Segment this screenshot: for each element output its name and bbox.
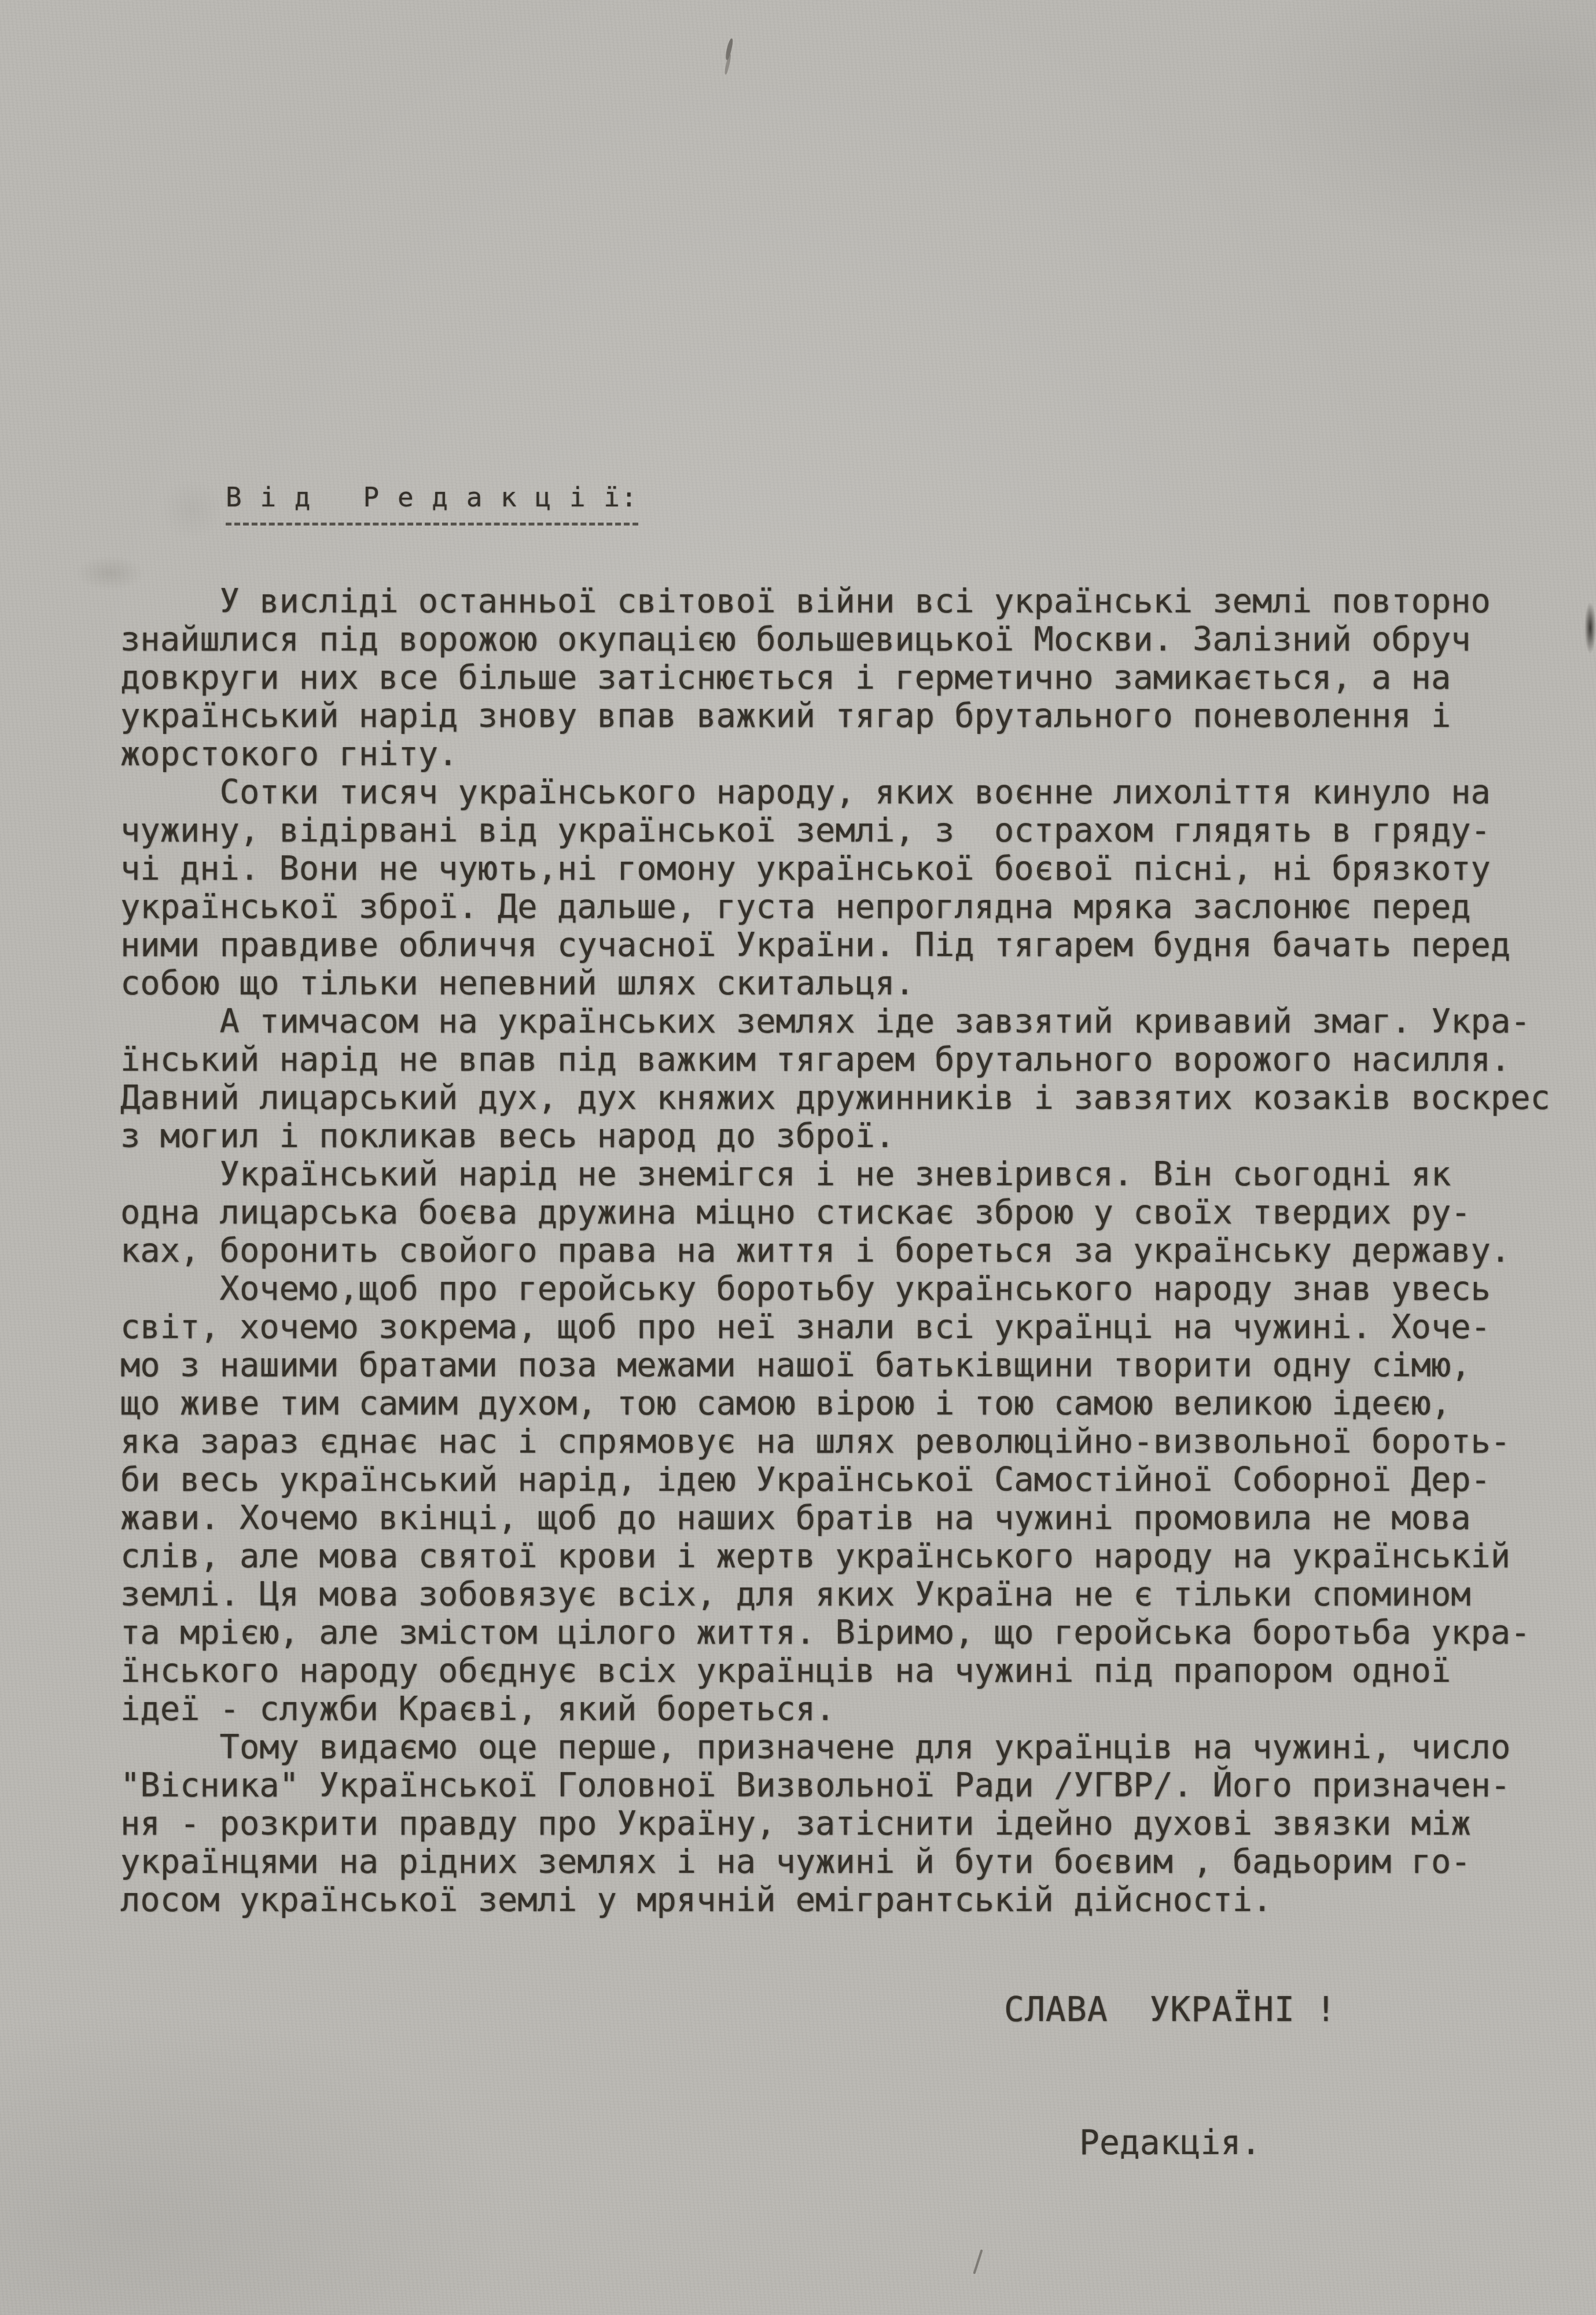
paragraph-6: Тому видаємо оце перше, призначене для у…: [120, 1728, 1579, 1919]
paragraph-2: Сотки тисяч українського народу, яких во…: [120, 773, 1579, 1002]
scanned-document-page: В і д Р е д а к ц і ї: У висліді останнь…: [0, 0, 1596, 2315]
paragraph-1: У висліді останньої світової війни всі у…: [120, 582, 1579, 773]
signature: Редакція.: [1079, 2123, 1261, 2162]
scan-artifact-top-mark: [725, 38, 734, 61]
scan-artifact-bottom-mark: [973, 2249, 983, 2274]
paragraph-3: А тимчасом на українських землях іде зав…: [120, 1002, 1579, 1155]
scan-artifact-right-edge: [1584, 602, 1596, 654]
document-body: У висліді останньої світової війни всі у…: [120, 582, 1579, 1919]
paragraph-5: Хочемо,щоб про геройську боротьбу україн…: [120, 1270, 1579, 1728]
document-title: В і д Р е д а к ц і ї:: [226, 482, 638, 526]
paragraph-4: Український нарід не знемігся і не зневі…: [120, 1155, 1579, 1270]
closing-slogan: СЛАВА УКРАЇНІ !: [1004, 1990, 1337, 2029]
